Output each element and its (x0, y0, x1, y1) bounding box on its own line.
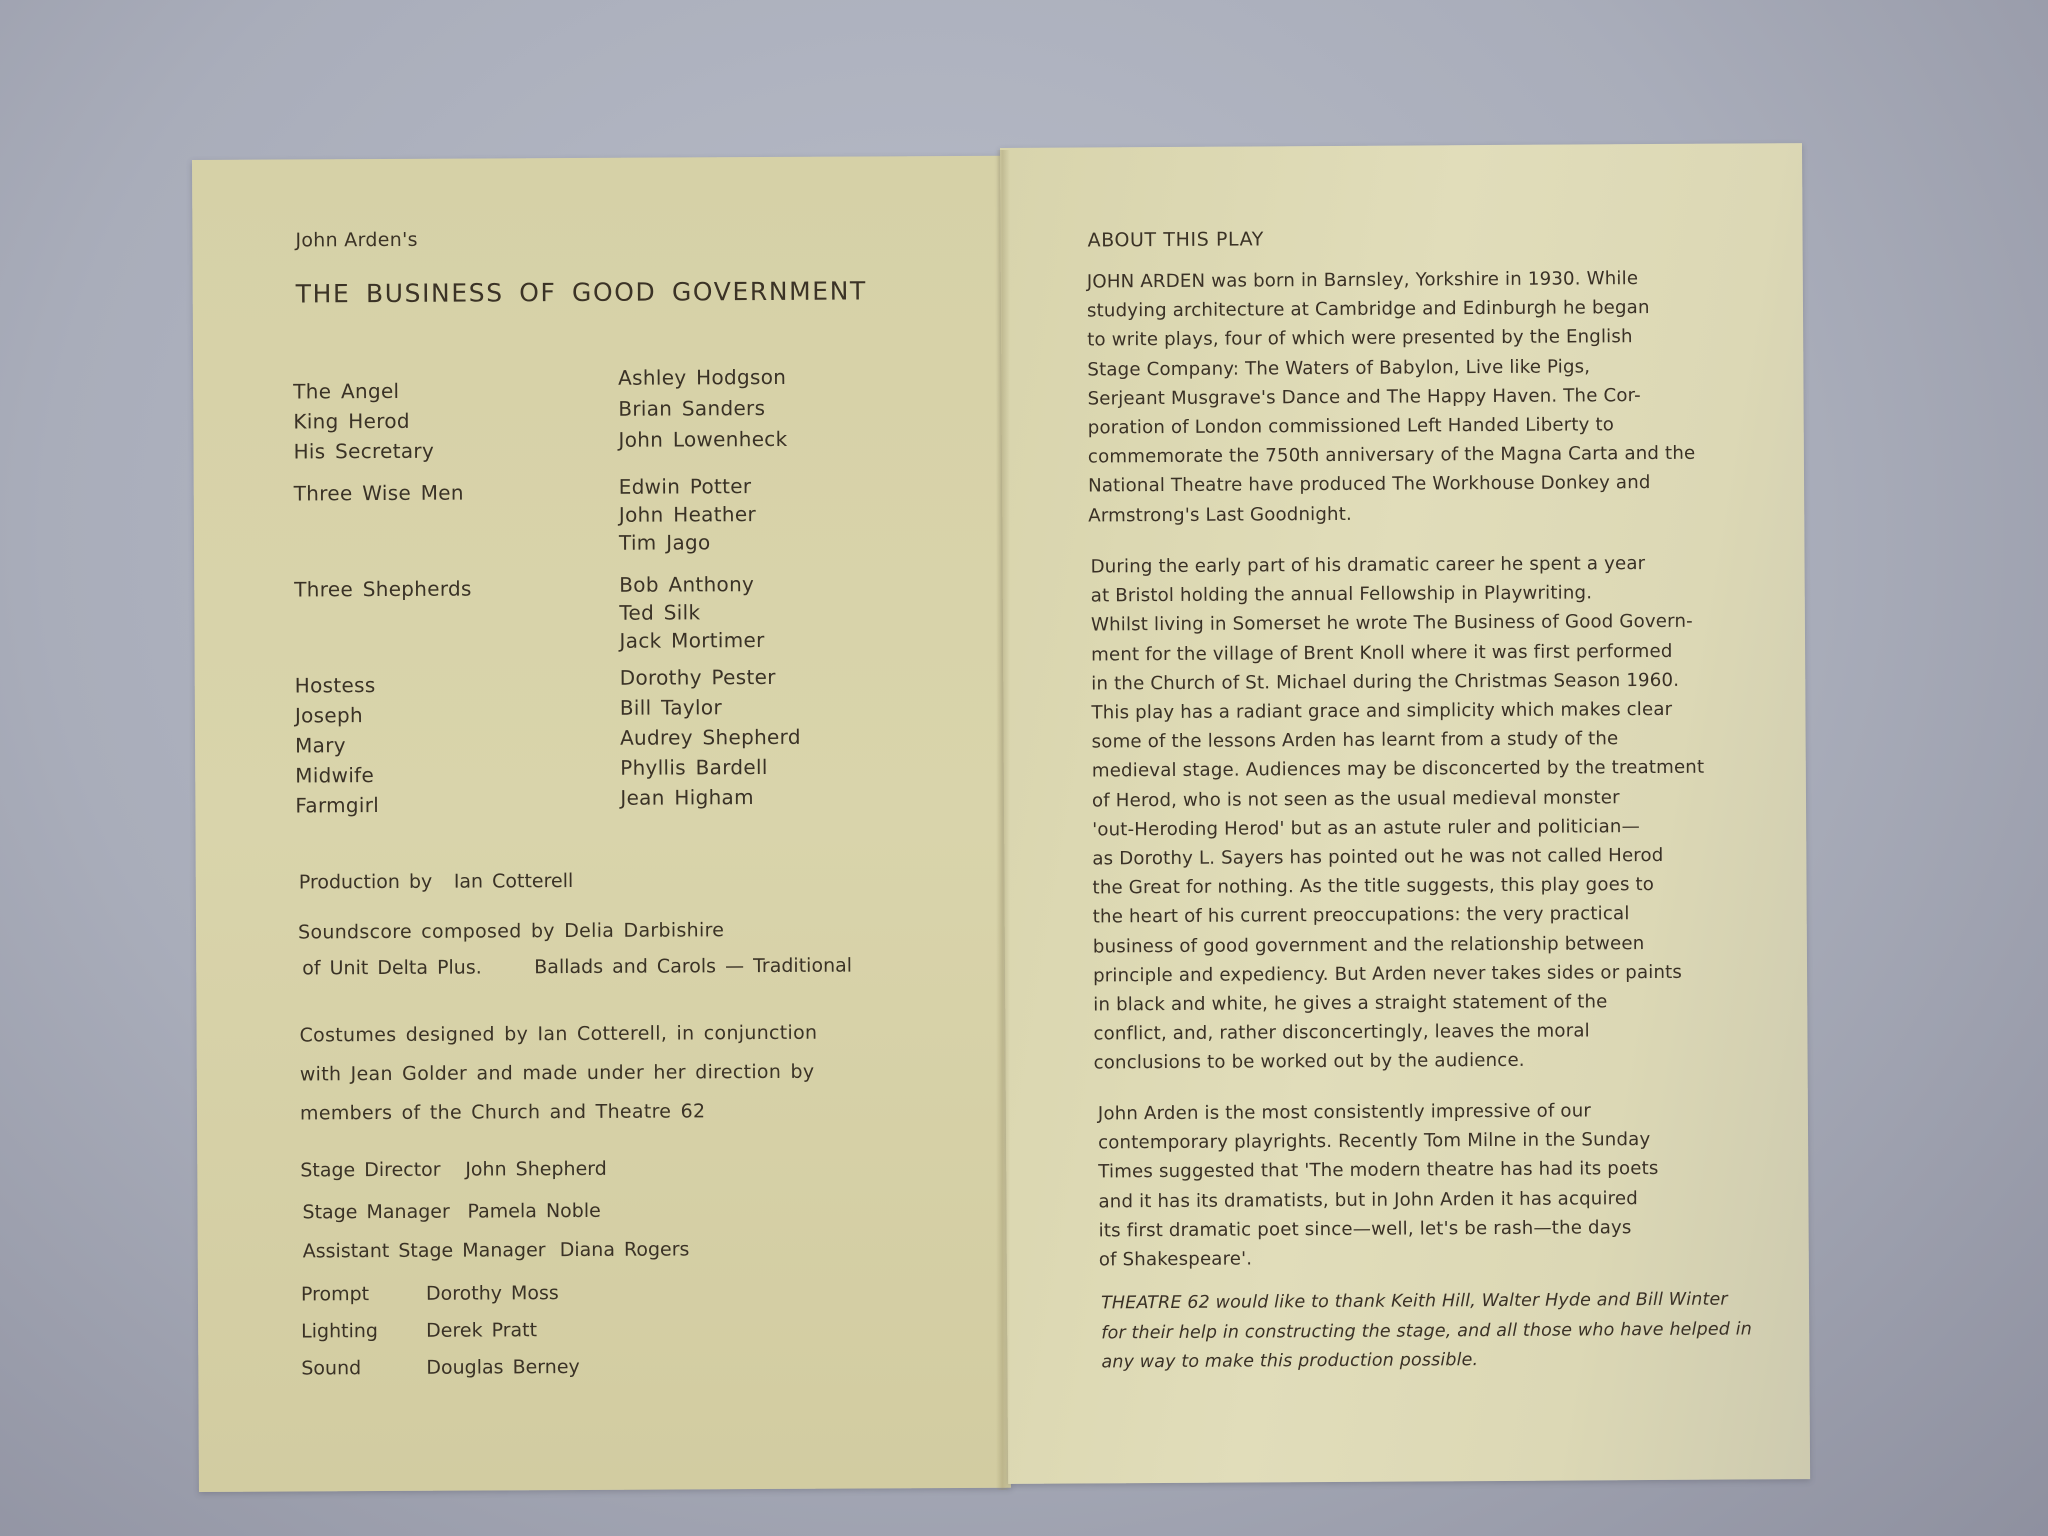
text-line: National Theatre have produced The Workh… (1088, 468, 1696, 501)
cast-actor: Bill Taylor (620, 691, 895, 722)
text-line: Stage Company: The Waters of Babylon, Li… (1087, 351, 1695, 384)
about-heading: ABOUT THIS PLAY (1087, 228, 1264, 251)
text-line: Times suggested that 'The modern theatre… (1098, 1154, 1658, 1187)
cast-actor: John Lowenheck (618, 423, 893, 455)
credit-value: Ian Cotterell (454, 870, 574, 893)
crew-name: Derek Pratt (426, 1319, 537, 1342)
costumes-credit-line: with Jean Golder and made under her dire… (300, 1061, 815, 1086)
text-line: John Arden is the most consistently impr… (1098, 1096, 1658, 1129)
text-line: poration of London commissioned Left Han… (1088, 410, 1696, 443)
cast-actor: Ashley Hodgson (618, 361, 893, 393)
crew-name: Douglas Berney (426, 1356, 580, 1379)
crew-assistant-stage-manager: Assistant Stage Manager Diana Rogers (303, 1238, 690, 1262)
cast-list: The Angel King Herod His Secretary Ashle… (293, 361, 895, 820)
soundscore-unit: of Unit Delta Plus. (302, 956, 534, 979)
crew-role: Assistant Stage Manager (303, 1239, 560, 1262)
ballads-credit: Ballads and Carols — Traditional (534, 955, 852, 979)
cast-role: Three Wise Men (294, 477, 619, 509)
text-line: some of the lessons Arden has learnt fro… (1092, 724, 1705, 757)
cast-role: Hostess (295, 669, 620, 701)
cast-role: His Secretary (293, 435, 618, 467)
crew-name: Pamela Noble (467, 1200, 600, 1223)
text-line: its first dramatic poet since—well, let'… (1099, 1213, 1659, 1246)
about-paragraph-biography: JOHN ARDEN was born in Barnsley, Yorkshi… (1087, 264, 1696, 531)
soundscore-line-2: of Unit Delta Plus. Ballads and Carols —… (302, 955, 852, 980)
crew-role: Sound (301, 1357, 426, 1380)
text-line: commemorate the 750th anniversary of the… (1088, 439, 1696, 472)
text-line: conflict, and, rather disconcertingly, l… (1093, 1016, 1706, 1049)
crew-stage-director: Stage Director John Shepherd (300, 1158, 607, 1182)
programme-left-page: John Arden's THE BUSINESS OF GOOD GOVERN… (192, 156, 1011, 1492)
cast-role: The Angel (293, 375, 618, 407)
text-line: in the Church of St. Michael during the … (1091, 666, 1704, 699)
text-line: the heart of his current preoccupations:… (1093, 899, 1706, 932)
text-line: the Great for nothing. As the title sugg… (1092, 870, 1705, 903)
acknowledgement: THEATRE 62 would like to thank Keith Hil… (1101, 1285, 1752, 1377)
cast-group: Three Shepherds Bob Anthony Ted Silk Jac… (294, 569, 894, 656)
crew-name: Dorothy Moss (426, 1282, 559, 1305)
cast-actor: Ted Silk (619, 597, 894, 626)
cast-role: Midwife (295, 759, 620, 791)
credit-label: Production by (299, 871, 454, 894)
crew-name: John Shepherd (465, 1158, 607, 1181)
crew-role: Prompt (301, 1283, 426, 1306)
cast-actor: Jack Mortimer (619, 625, 894, 654)
costumes-credit-line: members of the Church and Theatre 62 (300, 1100, 705, 1124)
crew-sound: Sound Douglas Berney (301, 1356, 580, 1379)
about-paragraph-critics: John Arden is the most consistently impr… (1098, 1096, 1659, 1275)
crew-stage-manager: Stage Manager Pamela Noble (302, 1200, 600, 1224)
text-line: any way to make this production possible… (1101, 1344, 1752, 1377)
text-line: contemporary playrights. Recently Tom Mi… (1098, 1125, 1658, 1158)
text-line: of Shakespeare'. (1099, 1242, 1659, 1275)
text-line: principle and expediency. But Arden neve… (1093, 958, 1706, 991)
text-line: Whilst living in Somerset he wrote The B… (1091, 607, 1704, 640)
cast-role: Farmgirl (295, 789, 620, 821)
production-credit: Production by Ian Cotterell (299, 870, 574, 893)
text-line: of Herod, who is not seen as the usual m… (1092, 782, 1705, 815)
cast-actor: Brian Sanders (618, 392, 893, 424)
crew-name: Diana Rogers (560, 1238, 690, 1261)
crew-role: Lighting (301, 1320, 426, 1343)
programme-right-page: ABOUT THIS PLAY JOHN ARDEN was born in B… (1000, 143, 1810, 1484)
cast-actor: John Heather (619, 499, 894, 528)
text-line: studying architecture at Cambridge and E… (1087, 293, 1695, 326)
cast-group: Hostess Joseph Mary Midwife Farmgirl Dor… (295, 661, 896, 820)
cast-actor: Jean Higham (620, 781, 895, 812)
cast-role: King Herod (293, 405, 618, 437)
text-line: at Bristol holding the annual Fellowship… (1091, 578, 1704, 611)
crew-lighting: Lighting Derek Pratt (301, 1319, 537, 1342)
cast-actor: Edwin Potter (619, 471, 894, 500)
crew-prompt: Prompt Dorothy Moss (301, 1282, 559, 1305)
crew-role: Stage Director (300, 1159, 465, 1182)
cast-actor: Dorothy Pester (620, 661, 895, 692)
cast-group: Three Wise Men Edwin Potter John Heather… (294, 471, 894, 558)
cast-group: The Angel King Herod His Secretary Ashle… (293, 361, 894, 466)
soundscore-credit: Soundscore composed by Delia Darbishire (298, 919, 724, 943)
text-line: in black and white, he gives a straight … (1093, 987, 1706, 1020)
text-line: Serjeant Musgrave's Dance and The Happy … (1087, 381, 1695, 414)
cast-actor: Bob Anthony (619, 569, 894, 598)
text-line: to write plays, four of which were prese… (1087, 322, 1695, 355)
text-line: JOHN ARDEN was born in Barnsley, Yorkshi… (1087, 264, 1695, 297)
text-line: ment for the village of Brent Knoll wher… (1091, 636, 1704, 669)
cast-role: Joseph (295, 699, 620, 731)
text-line: conclusions to be worked out by the audi… (1094, 1045, 1707, 1078)
text-line: 'out-Heroding Herod' but as an astute ru… (1092, 812, 1705, 845)
centre-fold (996, 150, 1010, 1490)
cast-role: Mary (295, 729, 620, 761)
text-line: business of good government and the rela… (1093, 928, 1706, 961)
text-line: as Dorothy L. Sayers has pointed out he … (1092, 841, 1705, 874)
text-line: and it has its dramatists, but in John A… (1098, 1184, 1658, 1217)
text-line: This play has a radiant grace and simpli… (1091, 695, 1704, 728)
text-line: medieval stage. Audiences may be disconc… (1092, 753, 1705, 786)
costumes-credit-line: Costumes designed by Ian Cotterell, in c… (300, 1022, 818, 1047)
author-credit: John Arden's (295, 229, 417, 252)
text-line: THEATRE 62 would like to thank Keith Hil… (1101, 1285, 1752, 1318)
text-line: During the early part of his dramatic ca… (1090, 549, 1703, 582)
crew-role: Stage Manager (302, 1201, 467, 1224)
play-title: THE BUSINESS OF GOOD GOVERNMENT (296, 276, 867, 308)
cast-role: Three Shepherds (294, 573, 619, 605)
cast-actor: Phyllis Bardell (620, 751, 895, 782)
about-paragraph-play: During the early part of his dramatic ca… (1090, 549, 1706, 1078)
cast-actor: Tim Jago (619, 527, 894, 556)
text-line: Armstrong's Last Goodnight. (1088, 497, 1696, 530)
cast-actor: Audrey Shepherd (620, 721, 895, 752)
text-line: for their help in constructing the stage… (1101, 1315, 1752, 1348)
